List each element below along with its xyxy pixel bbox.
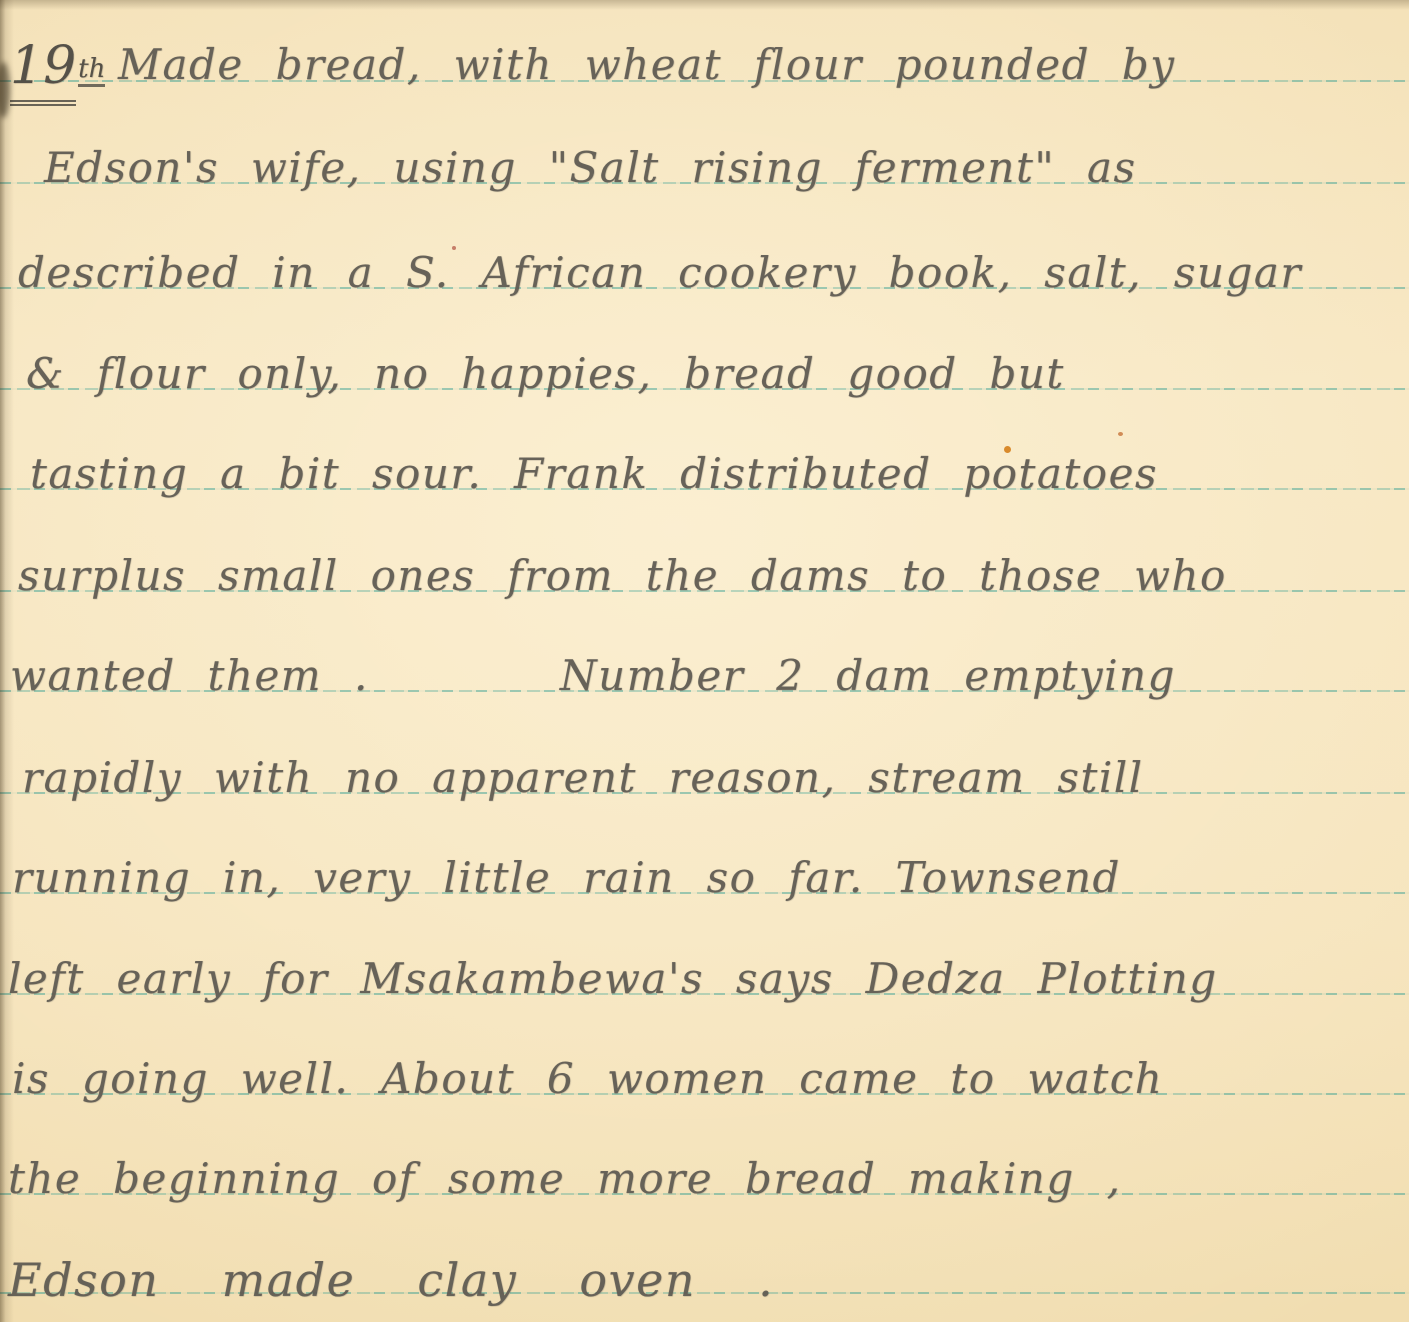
handwritten-line-4: & flour only, no happies, bread good but (26, 353, 1065, 395)
handwritten-line-3: described in a S. African cookery book, … (18, 252, 1302, 294)
paper-speck (452, 246, 456, 250)
entry-date-number: 19 (10, 36, 76, 106)
handwritten-line-9: running in, very little rain so far. Tow… (12, 857, 1121, 899)
handwritten-line-2: Edson's wife, using "Salt rising ferment… (44, 147, 1137, 189)
handwritten-line-8: rapidly with no apparent reason, stream … (22, 757, 1144, 799)
paper-speck (1004, 446, 1011, 453)
handwritten-line-6: surplus small ones from the dams to thos… (18, 555, 1227, 597)
handwritten-line-1: Made bread, with wheat flour pounded by (118, 44, 1175, 86)
handwritten-line-5: tasting a bit sour. Frank distributed po… (30, 453, 1158, 495)
entry-date-suffix: th (78, 54, 105, 87)
entry-date: 19th (10, 36, 105, 96)
handwritten-line-12: the beginning of some more bread making … (8, 1158, 1121, 1200)
handwritten-line-7: wanted them . Number 2 dam emptying (10, 655, 1176, 697)
diary-page: 19th Made bread, with wheat flour pounde… (0, 0, 1409, 1322)
paper-speck (1118, 432, 1123, 436)
handwritten-line-10: left early for Msakambewa's says Dedza P… (8, 958, 1218, 1000)
scan-edge-shadow-top (0, 0, 1409, 10)
scan-edge-smudge (0, 62, 10, 118)
handwritten-line-13: Edson made clay oven . (8, 1257, 774, 1303)
handwritten-line-11: is going well. About 6 women came to wat… (12, 1058, 1163, 1100)
